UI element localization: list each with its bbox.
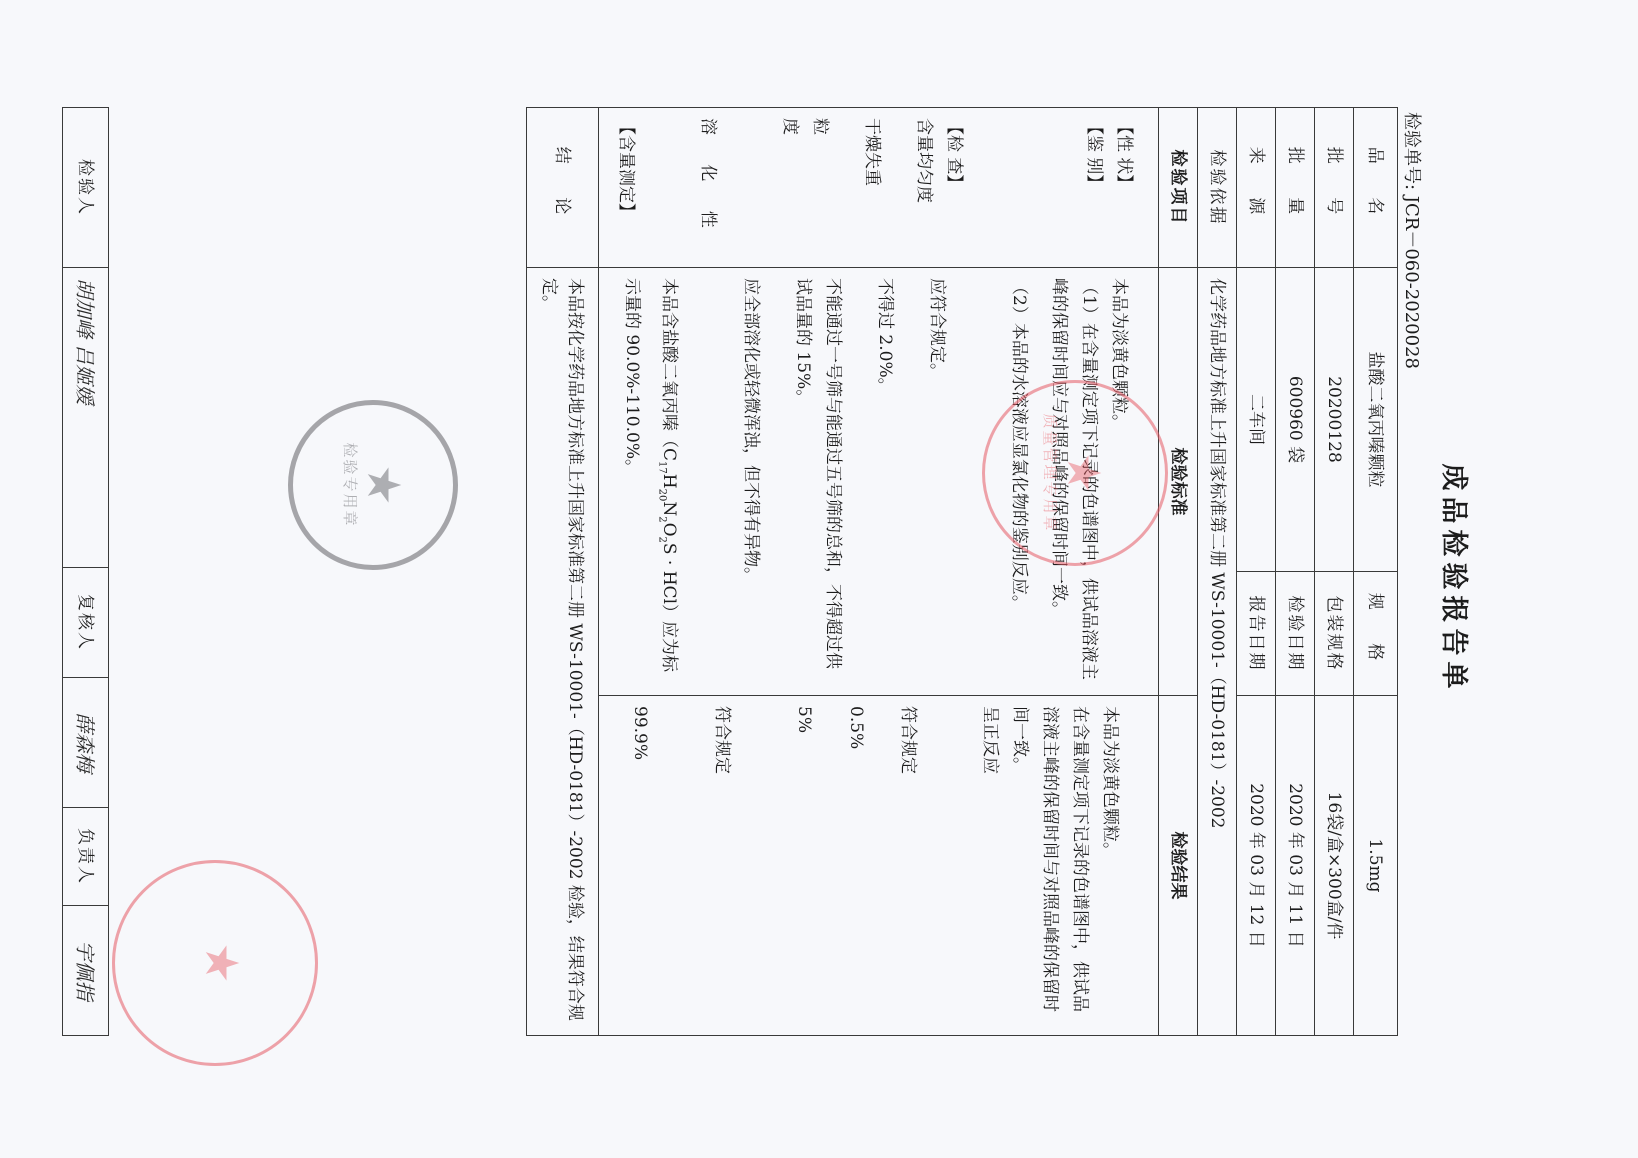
batch-no-value: 20200128 <box>1315 268 1354 572</box>
source-value: 二车间 <box>1237 268 1276 572</box>
label-loss-on-drying: 干燥失重 <box>858 118 888 257</box>
conclusion-text: 本品按化学药品地方标准上升国家标准第二册 WS-10001-（HD-0181）-… <box>527 268 599 1036</box>
item-labels-cell: 【性 状】 【鉴 别】 【检 查】 含量均匀度 干燥失重 粒 度 溶 化 性 【… <box>599 108 1159 268</box>
report-number-value: JCR－060-2020028 <box>1401 196 1422 369</box>
row-product-name: 品 名 盐酸二氧丙嗪颗粒 规 格 1.5mg <box>1354 108 1398 1036</box>
report-number: 检验单号: JCR－060-2020028 <box>1400 112 1426 369</box>
row-test-items: 【性 状】 【鉴 别】 【检 查】 含量均匀度 干燥失重 粒 度 溶 化 性 【… <box>599 108 1159 1036</box>
batch-qty-value: 600960 袋 <box>1276 268 1315 572</box>
standard-particle-size: 不能通过一号筛与能通过五号筛的总和，不得超过供试品量的 15%。 <box>788 278 848 685</box>
standard-solubility: 应全部溶化或轻微浑浊，但不得有异物。 <box>736 278 766 685</box>
standard-assay: 本品含盐酸二氧丙嗪（C17H20N2O2S · HCl）应为标示量的 90.0%… <box>617 278 684 685</box>
row-batch-qty: 批 量 600960 袋 检验日期 2020 年 03 月 11 日 <box>1276 108 1315 1036</box>
result-appearance: 本品为淡黄色颗粒。 <box>1096 706 1126 1025</box>
label-solubility: 溶 化 性 <box>694 118 724 257</box>
result-particle-size: 5% <box>790 706 820 1025</box>
responsible-label: 负责人 <box>63 808 109 906</box>
test-date-value: 2020 年 03 月 11 日 <box>1276 696 1315 1036</box>
report-table: 品 名 盐酸二氧丙嗪颗粒 规 格 1.5mg 批 号 20200128 包装规格… <box>526 107 1398 1036</box>
inspection-report-document: 成品检验报告单 检验单号: JCR－060-2020028 品 名 盐酸二氧丙嗪… <box>0 0 1638 1158</box>
assay-text-pre: 本品含盐酸二氧丙嗪（C <box>659 278 679 461</box>
result-assay: 99.9% <box>626 706 656 1025</box>
result-loss-on-drying: 0.5% <box>842 706 872 1025</box>
result-identification-1: 在含量测定项下记录的色谱图中，供试品溶液主峰的保留时间与对照品峰的保留时间一致。 <box>1006 706 1096 1025</box>
column-header-result: 检验结果 <box>1159 696 1198 1036</box>
star-icon: ★ <box>1061 383 1107 563</box>
inspector-label: 检验人 <box>63 108 109 268</box>
label-identification: 【鉴 别】 <box>1080 118 1110 257</box>
package-label: 包装规格 <box>1315 572 1354 696</box>
qa-stamp: ★ 质量管理专用章 <box>982 380 1168 566</box>
conclusion-label: 结 论 <box>527 108 599 268</box>
report-date-value: 2020 年 03 月 12 日 <box>1237 696 1276 1036</box>
result-solubility: 符合规定 <box>708 706 738 1025</box>
row-source: 来 源 二车间 报告日期 2020 年 03 月 12 日 <box>1237 108 1276 1036</box>
row-conclusion: 结 论 本品按化学药品地方标准上升国家标准第二册 WS-10001-（HD-01… <box>527 108 599 1036</box>
company-stamp: ★ <box>112 860 318 1066</box>
source-label: 来 源 <box>1237 108 1276 268</box>
basis-value: 化学药品地方标准上升国家标准第二册 WS-10001-（HD-0181）-200… <box>1198 268 1237 1036</box>
package-value: 16袋/盒×300盒/件 <box>1315 696 1354 1036</box>
label-particle-size: 粒 度 <box>776 118 836 257</box>
standard-content-uniformity: 应符合规定。 <box>922 278 952 685</box>
report-number-label: 检验单号: <box>1401 112 1422 190</box>
label-content-uniformity: 含量均匀度 <box>910 118 940 257</box>
row-batch-no: 批 号 20200128 包装规格 16袋/盒×300盒/件 <box>1315 108 1354 1036</box>
reviewer-label: 复核人 <box>63 568 109 678</box>
batch-qty-label: 批 量 <box>1276 108 1315 268</box>
qc-stamp-text: 检验专用章 <box>340 405 361 565</box>
assay-text: N <box>659 501 679 516</box>
assay-text: H <box>659 474 679 489</box>
qc-stamp: ★ 检验专用章 <box>288 400 458 570</box>
results-cell: 本品为淡黄色颗粒。 在含量测定项下记录的色谱图中，供试品溶液主峰的保留时间与对照… <box>599 696 1159 1036</box>
assay-sub: 17 <box>657 461 668 474</box>
product-name-value: 盐酸二氧丙嗪颗粒 <box>1354 268 1398 572</box>
qa-stamp-text: 质量管理专用章 <box>1040 383 1061 563</box>
assay-sub: 20 <box>657 489 668 502</box>
row-basis: 检验依据 化学药品地方标准上升国家标准第二册 WS-10001-（HD-0181… <box>1198 108 1237 1036</box>
label-inspection: 【检 查】 <box>940 118 970 257</box>
reviewer-signature: 薛森梅 <box>63 678 109 808</box>
report-date-label: 报告日期 <box>1237 572 1276 696</box>
document-title: 成品检验报告单 <box>1437 0 1476 1158</box>
label-assay: 【含量测定】 <box>612 118 642 257</box>
spec-label: 规 格 <box>1354 572 1398 696</box>
basis-label: 检验依据 <box>1198 108 1237 268</box>
spec-value: 1.5mg <box>1354 696 1398 1036</box>
signature-table: 检验人 胡加峰 吕姬媛 复核人 薛森梅 负责人 宇佩指 <box>62 107 109 1036</box>
star-icon: ★ <box>199 863 245 1063</box>
row-column-headers: 检验项目 检验标准 检验结果 <box>1159 108 1198 1036</box>
test-date-label: 检验日期 <box>1276 572 1315 696</box>
label-appearance: 【性 状】 <box>1110 118 1140 257</box>
product-name-label: 品 名 <box>1354 108 1398 268</box>
standard-loss-on-drying: 不得过 2.0%。 <box>870 278 900 685</box>
inspector-signature: 胡加峰 吕姬媛 <box>63 268 109 568</box>
result-content-uniformity: 符合规定 <box>894 706 924 1025</box>
column-header-item: 检验项目 <box>1159 108 1198 268</box>
responsible-signature: 宇佩指 <box>63 906 109 1036</box>
star-icon: ★ <box>361 405 407 565</box>
batch-no-label: 批 号 <box>1315 108 1354 268</box>
assay-text: O <box>659 523 679 537</box>
result-identification-2: 呈正反应 <box>976 706 1006 1025</box>
